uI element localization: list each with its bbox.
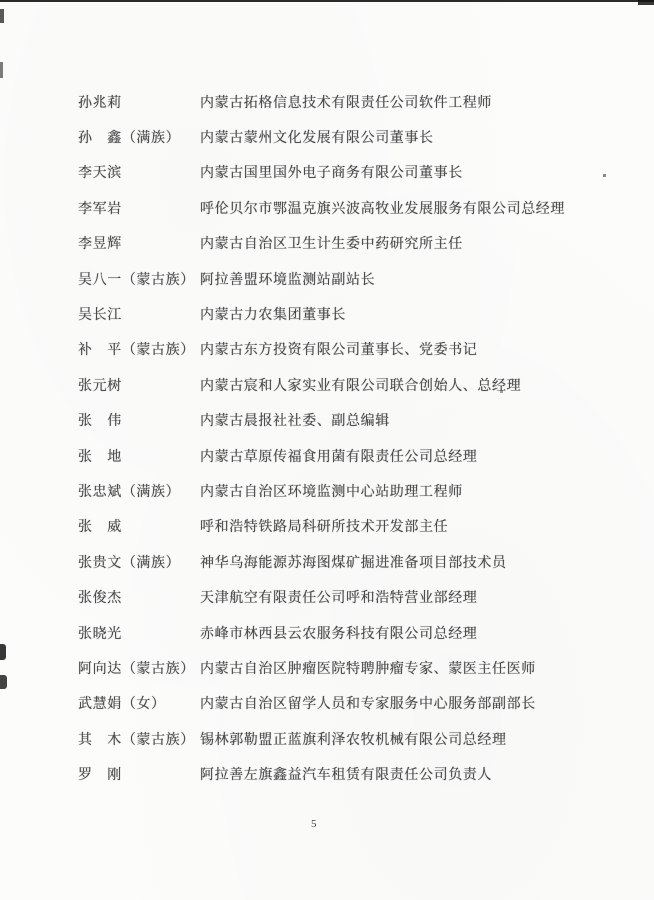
person-name-text: 张忠斌: [78, 485, 122, 500]
person-name: 李昱辉: [78, 233, 200, 253]
list-item: 张贵文（满族） 神华乌海能源苏海图煤矿掘进准备项目部技术员: [78, 544, 618, 579]
person-name: 张忠斌（满族）: [78, 481, 200, 501]
person-name-text: 张 伟: [78, 414, 122, 429]
person-title: 内蒙古蒙州文化发展有限公司董事长: [200, 127, 618, 147]
person-ethnic-note: （女）: [122, 697, 166, 712]
person-title: 阿拉善盟环境监测站副站长: [200, 269, 618, 289]
list-item: 张 威 呼和浩特铁路局科研所技术开发部主任: [78, 509, 618, 544]
person-name-text: 罗 刚: [78, 768, 122, 783]
list-item: 罗 刚 阿拉善左旗鑫益汽车租赁有限责任公司负责人: [78, 756, 618, 791]
person-ethnic-note: （蒙古族）: [122, 343, 195, 358]
person-title: 天津航空有限责任公司呼和浩特营业部经理: [200, 587, 618, 607]
scan-artifact-top-line: [0, 0, 654, 2]
list-item: 孙 鑫（满族） 内蒙古蒙州文化发展有限公司董事长: [78, 119, 618, 154]
list-item: 李昱辉 内蒙古自治区卫生计生委中药研究所主任: [78, 226, 618, 261]
person-name-text: 吴八一: [78, 273, 122, 288]
person-name: 罗 刚: [78, 764, 200, 784]
list-item: 其 木（蒙古族） 锡林郭勒盟正蓝旗利泽农牧机械有限公司总经理: [78, 721, 618, 756]
person-title: 内蒙古自治区卫生计生委中药研究所主任: [200, 233, 618, 253]
scan-artifact-corner-mark: [638, 0, 654, 5]
person-name-text: 孙 鑫: [78, 131, 122, 146]
person-title: 锡林郭勒盟正蓝旗利泽农牧机械有限公司总经理: [200, 729, 618, 749]
person-title: 内蒙古自治区留学人员和专家服务中心服务部副部长: [200, 693, 618, 713]
list-item: 阿向达（蒙古族） 内蒙古自治区肿瘤医院特聘肿瘤专家、蒙医主任医师: [78, 650, 618, 685]
person-name-text: 张 地: [78, 450, 122, 465]
scan-artifact-left-mark: [0, 675, 7, 689]
list-item: 张 地 内蒙古草原传福食用菌有限责任公司总经理: [78, 438, 618, 473]
person-title: 呼和浩特铁路局科研所技术开发部主任: [200, 516, 618, 536]
person-name-text: 吴长江: [78, 308, 122, 323]
scan-artifact-left-mark: [0, 644, 6, 660]
list-item: 武慧娟（女） 内蒙古自治区留学人员和专家服务中心服务部副部长: [78, 686, 618, 721]
person-name-text: 李昱辉: [78, 237, 122, 252]
person-name: 李天滨: [78, 162, 200, 182]
person-name: 吴八一（蒙古族）: [78, 269, 200, 289]
person-title: 神华乌海能源苏海图煤矿掘进准备项目部技术员: [200, 552, 618, 572]
person-name: 张 伟: [78, 410, 200, 430]
person-name: 其 木（蒙古族）: [78, 729, 200, 749]
person-title: 内蒙古国里国外电子商务有限公司董事长: [200, 162, 618, 182]
person-title: 呼伦贝尔市鄂温克旗兴波高牧业发展服务有限公司总经理: [200, 198, 618, 218]
person-name-text: 李军岩: [78, 202, 122, 217]
list-item: 吴八一（蒙古族） 阿拉善盟环境监测站副站长: [78, 261, 618, 296]
page-number: 5: [311, 818, 317, 830]
person-name-text: 李天滨: [78, 166, 122, 181]
person-name: 张 威: [78, 516, 200, 536]
person-ethnic-note: （满族）: [122, 485, 180, 500]
scan-artifact-left-mark: [0, 9, 4, 23]
person-title: 内蒙古东方投资有限公司董事长、党委书记: [200, 339, 618, 359]
person-name-text: 张 威: [78, 520, 122, 535]
person-title: 阿拉善左旗鑫益汽车租赁有限责任公司负责人: [200, 764, 618, 784]
list-item: 张晓光 赤峰市林西县云农服务科技有限公司总经理: [78, 615, 618, 650]
person-name: 孙兆莉: [78, 92, 200, 112]
person-title: 内蒙古宸和人家实业有限公司联合创始人、总经理: [200, 375, 618, 395]
person-name: 阿向达（蒙古族）: [78, 658, 200, 678]
person-ethnic-note: （蒙古族）: [122, 662, 195, 677]
list-item: 李军岩 呼伦贝尔市鄂温克旗兴波高牧业发展服务有限公司总经理: [78, 190, 618, 225]
person-title: 内蒙古拓格信息技术有限责任公司软件工程师: [200, 92, 618, 112]
person-ethnic-note: （蒙古族）: [122, 273, 195, 288]
list-item: 张 伟 内蒙古晨报社社委、副总编辑: [78, 403, 618, 438]
list-item: 吴长江 内蒙古力农集团董事长: [78, 296, 618, 331]
person-title: 内蒙古草原传福食用菌有限责任公司总经理: [200, 446, 618, 466]
person-name: 补 平（蒙古族）: [78, 339, 200, 359]
person-name: 张元树: [78, 375, 200, 395]
person-ethnic-note: （满族）: [122, 556, 180, 571]
person-title: 内蒙古自治区环境监测中心站助理工程师: [200, 481, 618, 501]
list-item: 李天滨 内蒙古国里国外电子商务有限公司董事长: [78, 155, 618, 190]
person-name-text: 孙兆莉: [78, 96, 122, 111]
person-ethnic-note: （蒙古族）: [122, 733, 195, 748]
person-name: 张俊杰: [78, 587, 200, 607]
person-title: 内蒙古晨报社社委、副总编辑: [200, 410, 618, 430]
person-name-text: 张晓光: [78, 627, 122, 642]
list-item: 补 平（蒙古族） 内蒙古东方投资有限公司董事长、党委书记: [78, 332, 618, 367]
list-item: 张元树 内蒙古宸和人家实业有限公司联合创始人、总经理: [78, 367, 618, 402]
person-name-text: 补 平: [78, 343, 122, 358]
person-ethnic-note: （满族）: [122, 131, 180, 146]
person-name-text: 张俊杰: [78, 591, 122, 606]
person-name: 张 地: [78, 446, 200, 466]
person-name-text: 张元树: [78, 379, 122, 394]
person-name: 武慧娟（女）: [78, 693, 200, 713]
person-name-text: 阿向达: [78, 662, 122, 677]
list-item: 张忠斌（满族） 内蒙古自治区环境监测中心站助理工程师: [78, 473, 618, 508]
scanned-document-page: 孙兆莉 内蒙古拓格信息技术有限责任公司软件工程师 孙 鑫（满族） 内蒙古蒙州文化…: [0, 0, 654, 900]
recipient-list: 孙兆莉 内蒙古拓格信息技术有限责任公司软件工程师 孙 鑫（满族） 内蒙古蒙州文化…: [78, 84, 618, 792]
person-name: 吴长江: [78, 304, 200, 324]
person-title: 内蒙古自治区肿瘤医院特聘肿瘤专家、蒙医主任医师: [200, 658, 618, 678]
scan-artifact-left-mark: [0, 62, 3, 78]
person-title: 内蒙古力农集团董事长: [200, 304, 618, 324]
person-name: 张贵文（满族）: [78, 552, 200, 572]
list-item: 张俊杰 天津航空有限责任公司呼和浩特营业部经理: [78, 579, 618, 614]
person-name-text: 武慧娟: [78, 697, 122, 712]
list-item: 孙兆莉 内蒙古拓格信息技术有限责任公司软件工程师: [78, 84, 618, 119]
person-name: 孙 鑫（满族）: [78, 127, 200, 147]
person-title: 赤峰市林西县云农服务科技有限公司总经理: [200, 623, 618, 643]
person-name: 李军岩: [78, 198, 200, 218]
person-name: 张晓光: [78, 623, 200, 643]
person-name-text: 张贵文: [78, 556, 122, 571]
person-name-text: 其 木: [78, 733, 122, 748]
